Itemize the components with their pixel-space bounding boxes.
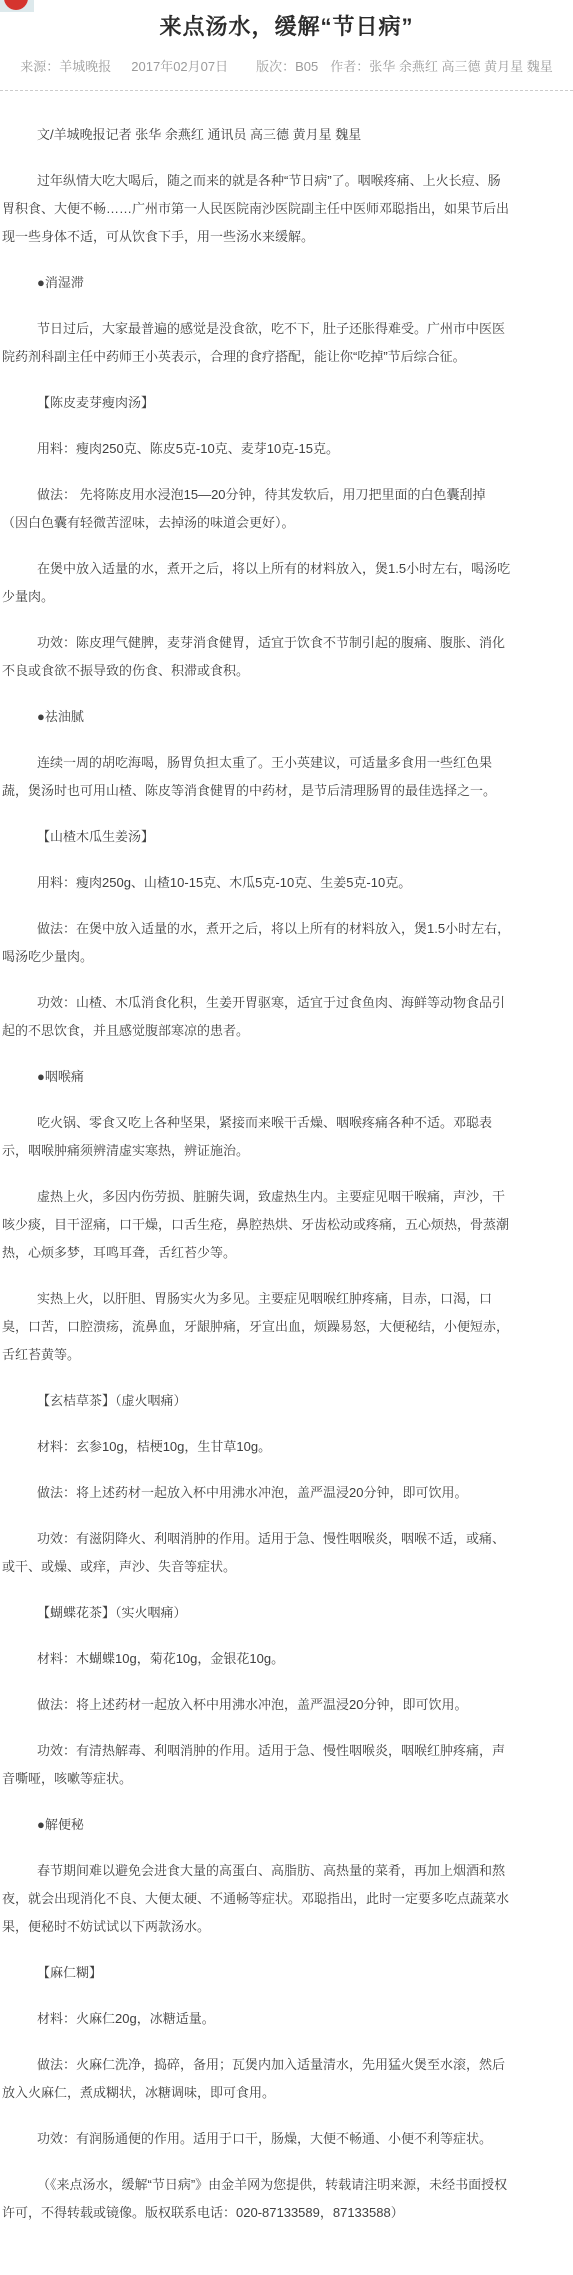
section-heading: ●消湿滞 bbox=[2, 269, 511, 297]
meta-authors: 作者：张华 余燕红 高三德 黄月星 魏星 bbox=[330, 59, 552, 74]
article-paragraph: （《来点汤水，缓解“节日病”》由金羊网为您提供，转载请注明来源，未经书面授权许可… bbox=[2, 2171, 511, 2227]
article-paragraph: 功效：陈皮理气健脾，麦芽消食健胃，适宜于饮食不节制引起的腹痛、腹胀、消化不良或食… bbox=[2, 629, 511, 685]
meta-edition: 版次：B05 bbox=[256, 59, 318, 74]
article-paragraph: 功效：有滋阴降火、利咽消肿的作用。适用于急、慢性咽喉炎，咽喉不适，或痛、或干、或… bbox=[2, 1525, 511, 1581]
recipe-title: 【山楂木瓜生姜汤】 bbox=[2, 823, 511, 851]
article-paragraph: 春节期间难以避免会进食大量的高蛋白、高脂肪、高热量的菜肴，再加上烟酒和熬夜，就会… bbox=[2, 1857, 511, 1941]
article-paragraph: 材料：玄参10g，桔梗10g，生甘草10g。 bbox=[2, 1433, 511, 1461]
section-heading: ●解便秘 bbox=[2, 1811, 511, 1839]
article-paragraph: 做法：在煲中放入适量的水，煮开之后，将以上所有的材料放入，煲1.5小时左右，喝汤… bbox=[2, 915, 511, 971]
article-paragraph: 材料：木蝴蝶10g，菊花10g，金银花10g。 bbox=[2, 1645, 511, 1673]
article-paragraph: 功效：有清热解毒、利咽消肿的作用。适用于急、慢性咽喉炎，咽喉红肿疼痛，声音嘶哑，… bbox=[2, 1737, 511, 1793]
section-heading: ●咽喉痛 bbox=[2, 1063, 511, 1091]
article-page: 来点汤水，缓解“节日病” 来源：羊城晚报2017年02月07日版次：B05作者：… bbox=[0, 0, 573, 2275]
recipe-title: 【陈皮麦芽瘦肉汤】 bbox=[2, 389, 511, 417]
article-paragraph: 节日过后，大家最普遍的感觉是没食欲，吃不下，肚子还胀得难受。广州市中医医院药剂科… bbox=[2, 315, 511, 371]
article-paragraph: 虚热上火，多因内伤劳损、脏腑失调，致虚热生内。主要症见咽干喉痛，声沙，干咳少痰，… bbox=[2, 1183, 511, 1267]
article-paragraph: 在煲中放入适量的水，煮开之后，将以上所有的材料放入，煲1.5小时左右，喝汤吃少量… bbox=[2, 555, 511, 611]
article-paragraph: 实热上火，以肝胆、胃肠实火为多见。主要症见咽喉红肿疼痛，目赤，口渴，口臭，口苦，… bbox=[2, 1285, 511, 1369]
article-paragraph: 用料：瘦肉250克、陈皮5克-10克、麦芽10克-15克。 bbox=[2, 435, 511, 463]
article-paragraph: 用料：瘦肉250g、山楂10-15克、木瓜5克-10克、生姜5克-10克。 bbox=[2, 869, 511, 897]
section-heading: ●祛油腻 bbox=[2, 703, 511, 731]
article-paragraph: 做法： 先将陈皮用水浸泡15—20分钟，待其发软后，用刀把里面的白色囊刮掉（因白… bbox=[2, 481, 511, 537]
article-paragraph: 做法：将上述药材一起放入杯中用沸水冲泡，盖严温浸20分钟，即可饮用。 bbox=[2, 1691, 511, 1719]
article-paragraph: 功效：山楂、木瓜消食化积，生姜开胃驱寒，适宜于过食鱼肉、海鲜等动物食品引起的不思… bbox=[2, 989, 511, 1045]
article-paragraph: 材料：火麻仁20g，冰糖适量。 bbox=[2, 2005, 511, 2033]
recipe-title: 【蝴蝶花茶】（实火咽痛） bbox=[2, 1599, 511, 1627]
article-paragraph: 过年纵情大吃大喝后，随之而来的就是各种“节日病”了。咽喉疼痛、上火长痘、肠胃积食… bbox=[2, 167, 511, 251]
recipe-title: 【玄桔草茶】（虚火咽痛） bbox=[2, 1387, 511, 1415]
article-meta: 来源：羊城晚报2017年02月07日版次：B05作者：张华 余燕红 高三德 黄月… bbox=[0, 58, 573, 76]
article-paragraph: 文/羊城晚报记者 张华 余燕红 通讯员 高三德 黄月星 魏星 bbox=[2, 121, 511, 149]
page-title: 来点汤水，缓解“节日病” bbox=[0, 12, 573, 42]
article-body: 文/羊城晚报记者 张华 余燕红 通讯员 高三德 黄月星 魏星过年纵情大吃大喝后，… bbox=[0, 91, 573, 2275]
article-paragraph: 吃火锅、零食又吃上各种坚果，紧接而来喉干舌燥、咽喉疼痛各种不适。邓聪表示，咽喉肿… bbox=[2, 1109, 511, 1165]
article-paragraph: 做法：火麻仁洗净，捣碎，备用；瓦煲内加入适量清水，先用猛火煲至水滚，然后放入火麻… bbox=[2, 2051, 511, 2107]
article-paragraph: 做法：将上述药材一起放入杯中用沸水冲泡，盖严温浸20分钟，即可饮用。 bbox=[2, 1479, 511, 1507]
meta-source: 来源：羊城晚报 bbox=[20, 59, 111, 74]
article-paragraph: 功效：有润肠通便的作用。适用于口干，肠燥，大便不畅通、小便不利等症状。 bbox=[2, 2125, 511, 2153]
article-paragraph: 连续一周的胡吃海喝，肠胃负担太重了。王小英建议，可适量多食用一些红色果蔬，煲汤时… bbox=[2, 749, 511, 805]
article-header: 来点汤水，缓解“节日病” 来源：羊城晚报2017年02月07日版次：B05作者：… bbox=[0, 0, 573, 90]
meta-date: 2017年02月07日 bbox=[131, 59, 228, 74]
recipe-title: 【麻仁糊】 bbox=[2, 1959, 511, 1987]
corner-widget[interactable] bbox=[0, 0, 34, 12]
